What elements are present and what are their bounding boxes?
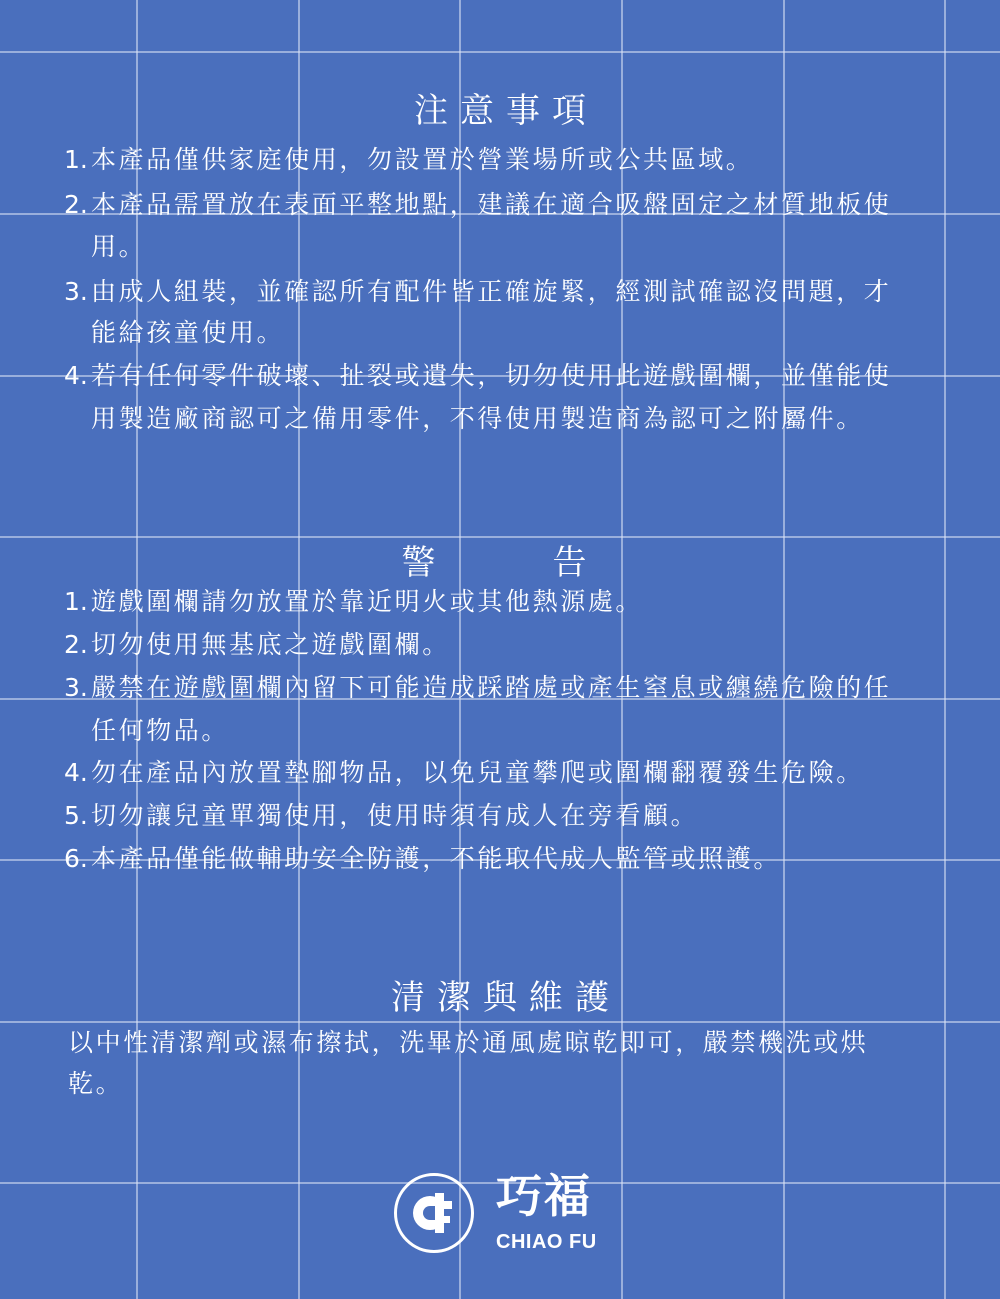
item-text: 切勿讓兒童單獨使用，使用時須有成人在旁看顧。	[91, 801, 698, 830]
item-number: 3.	[64, 666, 91, 709]
warning-item-continuation: 任何物品。	[64, 709, 229, 752]
cf-monogram-icon	[397, 1176, 471, 1250]
item-number: 6.	[64, 837, 91, 880]
warning-item: 2.切勿使用無基底之遊戲圍欄。	[64, 623, 450, 666]
notice-item: 4.若有任何零件破壞、扯裂或遺失，切勿使用此遊戲圍欄，並僅能使	[64, 354, 891, 397]
grid-line	[0, 51, 1000, 53]
warning-title-char: 告	[553, 543, 599, 583]
notice-item-continuation: 用。	[64, 225, 146, 268]
warning-title-char: 警	[402, 543, 448, 583]
item-number: 4.	[64, 751, 91, 794]
item-number: 5.	[64, 794, 91, 837]
paragraph-text: 乾。	[68, 1069, 123, 1098]
notice-item: 3.由成人組裝，並確認所有配件皆正確旋緊，經測試確認沒問題，才	[64, 270, 891, 313]
brand-name-cjk: 巧福	[496, 1170, 592, 1222]
item-text: 能給孩童使用。	[91, 318, 284, 347]
warning-item: 4.勿在產品內放置墊腳物品，以免兒童攀爬或圍欄翻覆發生危險。	[64, 751, 864, 794]
item-number: 1.	[64, 580, 91, 623]
item-text: 由成人組裝，並確認所有配件皆正確旋緊，經測試確認沒問題，才	[91, 277, 891, 306]
cleaning-line: 乾。	[68, 1062, 123, 1105]
item-number: 3.	[64, 270, 91, 313]
grid-line	[0, 536, 1000, 538]
warning-item: 6.本產品僅能做輔助安全防護，不能取代成人監管或照護。	[64, 837, 781, 880]
item-text: 嚴禁在遊戲圍欄內留下可能造成踩踏處或產生窒息或纏繞危險的任	[91, 673, 891, 702]
item-text: 勿在產品內放置墊腳物品，以免兒童攀爬或圍欄翻覆發生危險。	[91, 758, 864, 787]
cf-circle-logo-icon	[394, 1173, 474, 1253]
notice-item-continuation: 能給孩童使用。	[64, 311, 284, 354]
notice-title: 注意事項	[0, 91, 1000, 131]
item-text: 切勿使用無基底之遊戲圍欄。	[91, 630, 450, 659]
notice-item: 2.本產品需置放在表面平整地點，建議在適合吸盤固定之材質地板使	[64, 183, 891, 226]
item-number: 2.	[64, 623, 91, 666]
item-number: 2.	[64, 183, 91, 226]
cleaning-title: 清潔與維護	[0, 978, 1000, 1018]
brand-logo: 巧福 CHIAO FU	[392, 1170, 622, 1260]
item-text: 遊戲圍欄請勿放置於靠近明火或其他熱源處。	[91, 587, 643, 616]
warning-title: 警告	[0, 543, 1000, 583]
notice-item-continuation: 用製造廠商認可之備用零件，不得使用製造商為認可之附屬件。	[64, 397, 864, 440]
item-text: 用。	[91, 232, 146, 261]
item-text: 本產品僅能做輔助安全防護，不能取代成人監管或照護。	[91, 844, 781, 873]
item-text: 本產品僅供家庭使用，勿設置於營業場所或公共區域。	[91, 145, 753, 174]
brand-name-en: CHIAO FU	[496, 1230, 597, 1254]
grid-line	[944, 0, 946, 1299]
cleaning-line: 以中性清潔劑或濕布擦拭，洗畢於通風處晾乾即可，嚴禁機洗或烘	[68, 1021, 868, 1064]
item-text: 本產品需置放在表面平整地點，建議在適合吸盤固定之材質地板使	[91, 190, 891, 219]
notice-item: 1.本產品僅供家庭使用，勿設置於營業場所或公共區域。	[64, 138, 753, 181]
warning-item: 5.切勿讓兒童單獨使用，使用時須有成人在旁看顧。	[64, 794, 698, 837]
warning-item: 1.遊戲圍欄請勿放置於靠近明火或其他熱源處。	[64, 580, 643, 623]
warning-item: 3.嚴禁在遊戲圍欄內留下可能造成踩踏處或產生窒息或纏繞危險的任	[64, 666, 891, 709]
item-text: 若有任何零件破壞、扯裂或遺失，切勿使用此遊戲圍欄，並僅能使	[91, 361, 891, 390]
paragraph-text: 以中性清潔劑或濕布擦拭，洗畢於通風處晾乾即可，嚴禁機洗或烘	[68, 1028, 868, 1057]
item-text: 用製造廠商認可之備用零件，不得使用製造商為認可之附屬件。	[91, 404, 864, 433]
item-number: 4.	[64, 354, 91, 397]
item-number: 1.	[64, 138, 91, 181]
item-text: 任何物品。	[91, 716, 229, 745]
